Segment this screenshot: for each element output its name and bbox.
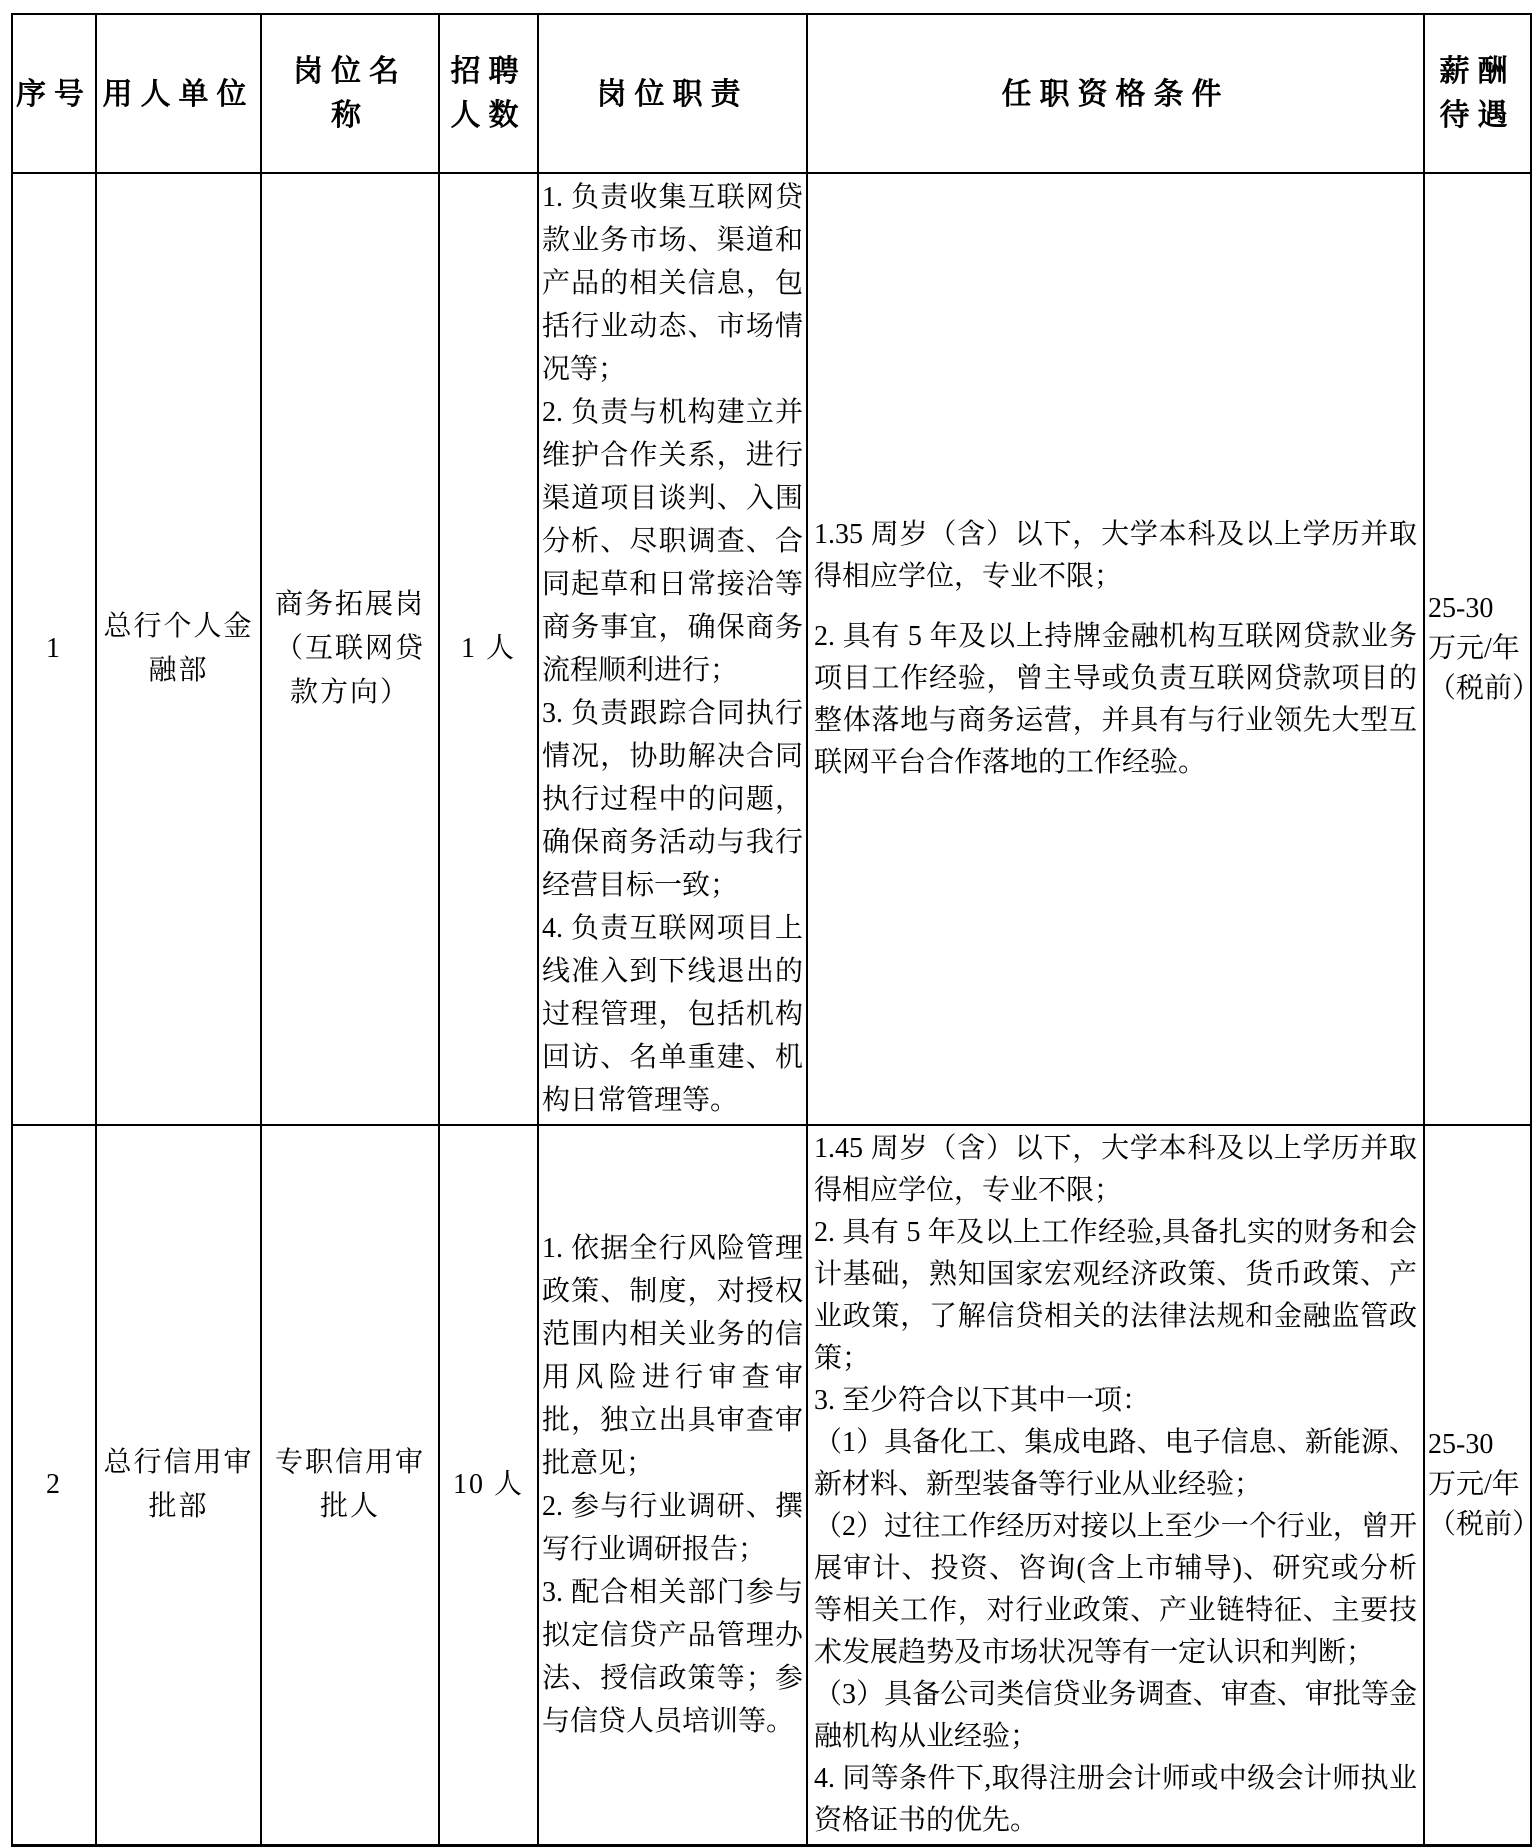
header-cell-headcount: 招聘人数 — [439, 14, 538, 173]
paragraph: 3. 负责跟踪合同执行情况，协助解决合同执行过程中的问题，确保商务活动与我行经营… — [542, 692, 803, 907]
paragraph: 1. 依据全行风险管理政策、制度，对授权范围内相关业务的信用风险进行审查审批，独… — [542, 1227, 803, 1485]
row1-position-cell: 商务拓展岗（互联网贷款方向） — [261, 173, 439, 1125]
document-page: 序号 用人单位 岗位名称 招聘人数 岗位职责 任职资格条件 薪酬待遇 1 总行个… — [0, 0, 1535, 1553]
row2-qualifications-cell: 1.45 周岁（含）以下，大学本科及以上学历并取得相应学位，专业不限；2. 具有… — [807, 1125, 1424, 1846]
paragraph: 2. 负责与机构建立并维护合作关系，进行渠道项目谈判、入围分析、尽职调查、合同起… — [542, 391, 803, 692]
row2-salary-cell: 25-30万元/年（税前） — [1424, 1125, 1531, 1846]
paragraph: 万元/年 — [1428, 629, 1527, 669]
paragraph: 3. 配合相关部门参与拟定信贷产品管理办法、授信政策等；参与信贷人员培训等。 — [542, 1571, 803, 1743]
paragraph: 25-30 — [1428, 589, 1527, 629]
paragraph: 25-30 — [1428, 1425, 1527, 1465]
row1-duties-cell: 1. 负责收集互联网贷款业务市场、渠道和产品的相关信息，包括行业动态、市场情况等… — [538, 173, 807, 1125]
header-label-salary: 薪酬待遇 — [1435, 50, 1521, 138]
paragraph: （3）具备公司类信贷业务调查、审查、审批等金融机构从业经验； — [814, 1674, 1417, 1758]
row2-headcount-cell: 10 人 — [439, 1125, 538, 1846]
row1-headcount-cell: 1 人 — [439, 173, 538, 1125]
row2-employer-cell: 总行信用审批部 — [96, 1125, 261, 1846]
paragraph: 1. 负责收集互联网贷款业务市场、渠道和产品的相关信息，包括行业动态、市场情况等… — [542, 176, 803, 391]
paragraph: （1）具备化工、集成电路、电子信息、新能源、新材料、新型装备等行业从业经验； — [814, 1422, 1417, 1506]
paragraph: 万元/年 — [1428, 1465, 1527, 1505]
table-header-row: 序号 用人单位 岗位名称 招聘人数 岗位职责 任职资格条件 薪酬待遇 — [12, 14, 1531, 173]
header-cell-no: 序号 — [12, 14, 96, 173]
header-cell-position: 岗位名称 — [261, 14, 439, 173]
row1-no-cell: 1 — [12, 173, 96, 1125]
table-row-2: 2 总行信用审批部 专职信用审批人 10 人 1. 依据全行风险管理政策、制度，… — [12, 1125, 1531, 1846]
row2-duties-cell: 1. 依据全行风险管理政策、制度，对授权范围内相关业务的信用风险进行审查审批，独… — [538, 1125, 807, 1846]
header-cell-qualifications: 任职资格条件 — [807, 14, 1424, 173]
header-cell-duties: 岗位职责 — [538, 14, 807, 173]
row1-employer-cell: 总行个人金融部 — [96, 173, 261, 1125]
header-cell-employer: 用人单位 — [96, 14, 261, 173]
header-label-position: 岗位名称 — [286, 50, 414, 138]
paragraph: 1.45 周岁（含）以下，大学本科及以上学历并取得相应学位，专业不限； — [814, 1128, 1417, 1212]
row2-position-cell: 专职信用审批人 — [261, 1125, 439, 1846]
header-label-employer: 用人单位 — [103, 73, 255, 117]
paragraph: 3. 至少符合以下其中一项： — [814, 1380, 1417, 1422]
recruitment-table: 序号 用人单位 岗位名称 招聘人数 岗位职责 任职资格条件 薪酬待遇 1 总行个… — [11, 13, 1532, 1847]
paragraph: （税前） — [1428, 669, 1527, 709]
header-label-duties: 岗位职责 — [597, 73, 749, 117]
paragraph: 1.35 周岁（含）以下，大学本科及以上学历并取得相应学位，专业不限； — [814, 514, 1417, 598]
paragraph: 4. 同等条件下,取得注册会计师或中级会计师执业资格证书的优先。 — [814, 1758, 1417, 1842]
paragraph: 2. 参与行业调研、撰写行业调研报告； — [542, 1485, 803, 1571]
paragraph: （2）过往工作经历对接以上至少一个行业，曾开展审计、投资、咨询(含上市辅导)、研… — [814, 1506, 1417, 1674]
table-row-1: 1 总行个人金融部 商务拓展岗（互联网贷款方向） 1 人 1. 负责收集互联网贷… — [12, 173, 1531, 1125]
row2-no-cell: 2 — [12, 1125, 96, 1846]
header-cell-salary: 薪酬待遇 — [1424, 14, 1531, 173]
paragraph: 4. 负责互联网项目上线准入到下线退出的过程管理，包括机构回访、名单重建、机构日… — [542, 907, 803, 1122]
header-label-headcount: 招聘人数 — [446, 50, 532, 138]
row1-qualifications-cell: 1.35 周岁（含）以下，大学本科及以上学历并取得相应学位，专业不限；2. 具有… — [807, 173, 1424, 1125]
paragraph: 2. 具有 5 年及以上工作经验,具备扎实的财务和会计基础，熟知国家宏观经济政策… — [814, 1212, 1417, 1380]
header-label-qualifications: 任职资格条件 — [1002, 73, 1230, 117]
header-label-no: 序号 — [16, 73, 92, 117]
paragraph: 2. 具有 5 年及以上持牌金融机构互联网贷款业务项目工作经验，曾主导或负责互联… — [814, 616, 1417, 784]
row1-salary-cell: 25-30万元/年（税前） — [1424, 173, 1531, 1125]
paragraph: （税前） — [1428, 1505, 1527, 1545]
